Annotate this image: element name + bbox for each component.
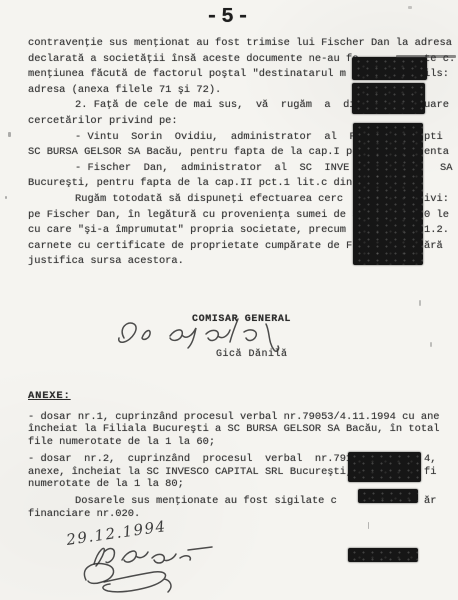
scan-noise — [408, 6, 412, 9]
annex-line-text: - dosar nr.1, cuprinzând procesul verbal… — [28, 411, 440, 423]
annex-line-fragment: 4, — [424, 453, 436, 465]
body-line-text: adresa (anexa filele 71 şi 72). — [28, 84, 221, 96]
body-line-text: SC BURSA GELSOR SA Bacău, pentru fapta d… — [28, 146, 365, 158]
body-line-fragment: te c. — [424, 52, 455, 68]
body-line-text: - Fischer Dan, administrator al SC INVE — [75, 162, 349, 174]
scan-noise — [5, 196, 7, 199]
scan-noise — [396, 55, 456, 58]
body-line-text: - Vintu Sorin Ovidiu, administrator al F… — [75, 131, 374, 143]
body-line-fragment: ils: — [424, 67, 449, 83]
body-line-fragment: ără — [424, 239, 443, 255]
body-line-text: Bucureşti, pentru fapta de la cap.II pct… — [28, 177, 365, 189]
annex-item: - dosar nr.1, cuprinzând procesul verbal… — [28, 411, 458, 448]
annex-line-text: încheiat la Filiala Bucureşti a SC BURSA… — [28, 423, 440, 435]
body-line-text: contravenţie sus menţionat au fost trimi… — [28, 37, 452, 49]
annex-line: - dosar nr.1, cuprinzând procesul verbal… — [28, 411, 458, 423]
annex-line: file numerotate de la 1 la 60; — [28, 436, 458, 448]
body-line-fragment: 1.2. — [424, 223, 449, 239]
body-line-text: cercetărilor privind pe: — [28, 115, 178, 127]
scan-noise — [368, 522, 369, 529]
scan-noise — [8, 132, 11, 137]
body-line-text: cu care "şi-a împrumutat" propria societ… — [28, 224, 365, 236]
redaction-block — [352, 83, 425, 114]
body-line-fragment: uare — [424, 98, 449, 114]
redaction-block — [353, 123, 423, 265]
redaction-block — [358, 489, 418, 503]
redaction-block — [352, 57, 427, 80]
signatory-name: Gică Dănilă — [216, 349, 288, 360]
annex-line-text: Dosarele sus menţionate au fost sigilate… — [75, 495, 337, 507]
body-line-text: justifica sursa acestora. — [28, 255, 184, 267]
body-line-fragment: enta — [424, 145, 449, 161]
scan-noise — [430, 342, 432, 347]
body-line-text: pe Fischer Dan, în legătură cu provenien… — [28, 209, 358, 221]
redaction-block — [348, 548, 418, 562]
body-line-fragment: ivi: — [424, 192, 449, 208]
annex-line-text: numerotate de la 1 la 80; — [28, 478, 184, 490]
annex-line-text: file numerotate de la 1 la 60; — [28, 436, 215, 448]
scan-noise — [419, 300, 421, 306]
annex-line: financiare nr.020. — [28, 508, 458, 520]
body-line-fragment: 0 le — [424, 208, 449, 224]
signature-scrawl-2 — [70, 558, 180, 600]
annex-line-text: financiare nr.020. — [28, 508, 140, 520]
annex-line: încheiat la Filiala Bucureşti a SC BURSA… — [28, 423, 458, 435]
body-line-fragment: SA — [440, 161, 452, 177]
body-line: contravenţie sus menţionat au fost trimi… — [28, 36, 458, 52]
body-line-text: Rugăm totodată să dispuneţi efectuarea c… — [75, 193, 343, 205]
body-line-text: menţiunea făcută de factorul poştal "des… — [28, 68, 346, 80]
annex-line-fragment: fi — [424, 466, 436, 478]
body-line-text: 2. Faţă de cele de mai sus, vă rugăm a d… — [75, 99, 356, 111]
annex-heading: ANEXE: — [28, 390, 71, 402]
body-line-text: carnete cu certificate de proprietate cu… — [28, 240, 352, 252]
redaction-block — [348, 452, 421, 482]
body-line-fragment: pti — [424, 130, 443, 146]
annex-line-text: anexe, încheiat la SC INVESCO CAPITAL SR… — [28, 466, 352, 478]
annex-line-fragment: ăr — [424, 495, 436, 507]
annex-line-text: - dosar nr.2, cuprinzând procesul verbal… — [28, 453, 358, 465]
page-number: -5- — [0, 6, 458, 29]
scanned-document-page: -5- contravenţie sus menţionat au fost t… — [0, 0, 458, 600]
body-line-text: declarată a societăţii însă aceste docum… — [28, 53, 358, 65]
